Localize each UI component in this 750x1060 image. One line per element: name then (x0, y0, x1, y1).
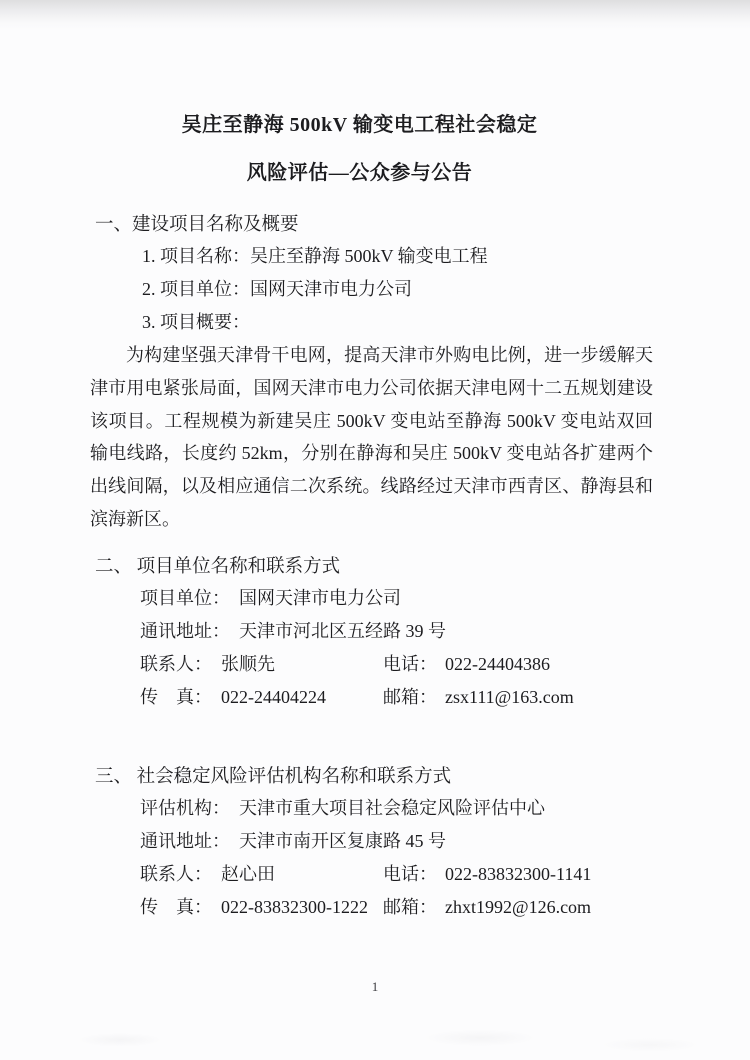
section-assessor-contact: 三、 社会稳定风险评估机构名称和联系方式 评估机构：天津市重大项目社会稳定风险评… (90, 762, 653, 924)
contact-value: 天津市重大项目社会稳定风险评估中心 (239, 798, 545, 818)
contact-row-assessor-fax-email: 传 真：022-83832300-1222 邮箱：zhxt1992@126.co… (90, 891, 653, 924)
paragraph-line: 该项目。工程规模为新建吴庄 500kV 变电站至静海 500kV 变电站双回 (90, 405, 653, 438)
contact-value: zhxt1992@126.com (445, 897, 591, 917)
contact-value: 022-83832300-1141 (445, 864, 591, 884)
contact-label: 邮箱： (383, 687, 437, 707)
contact-row-assessor-person-phone: 联系人：赵心田 电话：022-83832300-1141 (90, 858, 653, 891)
contact-row-owner-fax-email: 传 真：022-24404224 邮箱：zsx111@163.com (90, 681, 653, 714)
contact-row-assessor-address: 通讯地址：天津市南开区复康路 45 号 (90, 825, 653, 858)
section-2-heading: 二、 项目单位名称和联系方式 (90, 552, 653, 582)
contact-label: 传 真： (140, 897, 212, 917)
contact-label: 联系人： (140, 654, 212, 674)
contact-label: 通讯地址： (140, 831, 230, 851)
document-title-line-2: 风险评估—公众参与公告 (78, 160, 641, 186)
paragraph-line: 输电线路，长度约 52km，分别在静海和吴庄 500kV 变电站各扩建两个 (90, 437, 653, 470)
contact-right-column: 邮箱：zhxt1992@126.com (383, 891, 591, 924)
contact-value: 天津市南开区复康路 45 号 (239, 831, 446, 851)
contact-right-column: 电话：022-24404386 (383, 648, 550, 681)
contact-value: 022-24404386 (445, 654, 550, 674)
scanned-document-page: 吴庄至静海 500kV 输变电工程社会稳定 风险评估—公众参与公告 一、建设项目… (0, 0, 750, 1060)
contact-label: 项目单位： (140, 588, 230, 608)
document-content: 吴庄至静海 500kV 输变电工程社会稳定 风险评估—公众参与公告 一、建设项目… (90, 0, 653, 924)
section-3-heading: 三、 社会稳定风险评估机构名称和联系方式 (90, 762, 653, 792)
page-number: 1 (0, 979, 750, 995)
document-title-line-1: 吴庄至静海 500kV 输变电工程社会稳定 (78, 112, 641, 138)
project-name-item: 1. 项目名称：吴庄至静海 500kV 输变电工程 (90, 240, 653, 273)
project-summary-paragraph: 为构建坚强天津骨干电网，提高天津市外购电比例，进一步缓解天 津市用电紧张局面，国… (90, 339, 653, 536)
project-summary-item: 3. 项目概要： (90, 306, 653, 339)
paragraph-line: 滨海新区。 (90, 503, 653, 536)
contact-row-owner-person-phone: 联系人：张顺先 电话：022-24404386 (90, 648, 653, 681)
contact-label: 联系人： (140, 864, 212, 884)
contact-value: 赵心田 (221, 864, 275, 884)
contact-label: 通讯地址： (140, 621, 230, 641)
paragraph-line: 为构建坚强天津骨干电网，提高天津市外购电比例，进一步缓解天 (90, 339, 653, 372)
contact-row-assessor-name: 评估机构：天津市重大项目社会稳定风险评估中心 (90, 792, 653, 825)
contact-label: 邮箱： (383, 897, 437, 917)
contact-label: 传 真： (140, 687, 212, 707)
contact-value: 张顺先 (221, 654, 275, 674)
contact-right-column: 邮箱：zsx111@163.com (383, 681, 574, 714)
project-owner-item: 2. 项目单位：国网天津市电力公司 (90, 273, 653, 306)
contact-row-owner-address: 通讯地址：天津市河北区五经路 39 号 (90, 615, 653, 648)
paragraph-line: 津市用电紧张局面，国网天津市电力公司依据天津电网十二五规划建设 (90, 372, 653, 405)
contact-value: 天津市河北区五经路 39 号 (239, 621, 446, 641)
scan-bottom-noise (0, 1010, 750, 1060)
contact-value: 国网天津市电力公司 (239, 588, 401, 608)
section-1-heading: 一、建设项目名称及概要 (90, 210, 653, 240)
contact-label: 电话： (383, 864, 437, 884)
section-project-overview: 一、建设项目名称及概要 1. 项目名称：吴庄至静海 500kV 输变电工程 2.… (90, 210, 653, 536)
contact-row-owner-name: 项目单位：国网天津市电力公司 (90, 582, 653, 615)
paragraph-line: 出线间隔，以及相应通信二次系统。线路经过天津市西青区、静海县和 (90, 470, 653, 503)
section-owner-contact: 二、 项目单位名称和联系方式 项目单位：国网天津市电力公司 通讯地址：天津市河北… (90, 552, 653, 714)
contact-value: 022-24404224 (221, 687, 326, 707)
contact-right-column: 电话：022-83832300-1141 (383, 858, 591, 891)
contact-label: 评估机构： (140, 798, 230, 818)
contact-value: 022-83832300-1222 (221, 897, 368, 917)
contact-label: 电话： (383, 654, 437, 674)
contact-value: zsx111@163.com (445, 687, 574, 707)
